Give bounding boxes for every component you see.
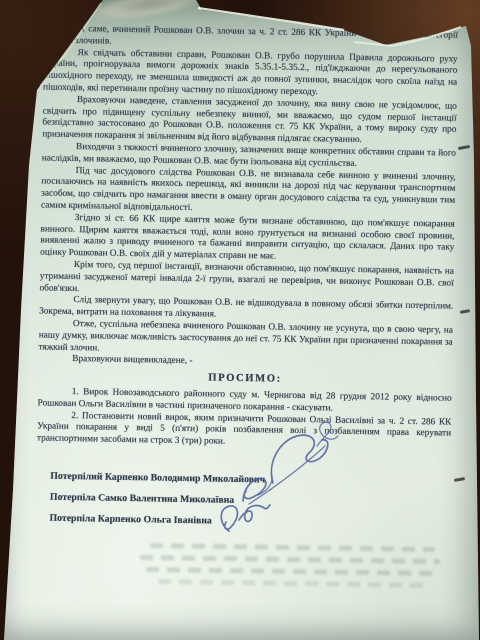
signature-scribbles (0, 0, 480, 640)
photo-background: А саме, вчинений Рошкован О.В. злочин за… (0, 0, 480, 640)
signature-2 (243, 476, 272, 501)
signature-3 (221, 505, 270, 531)
